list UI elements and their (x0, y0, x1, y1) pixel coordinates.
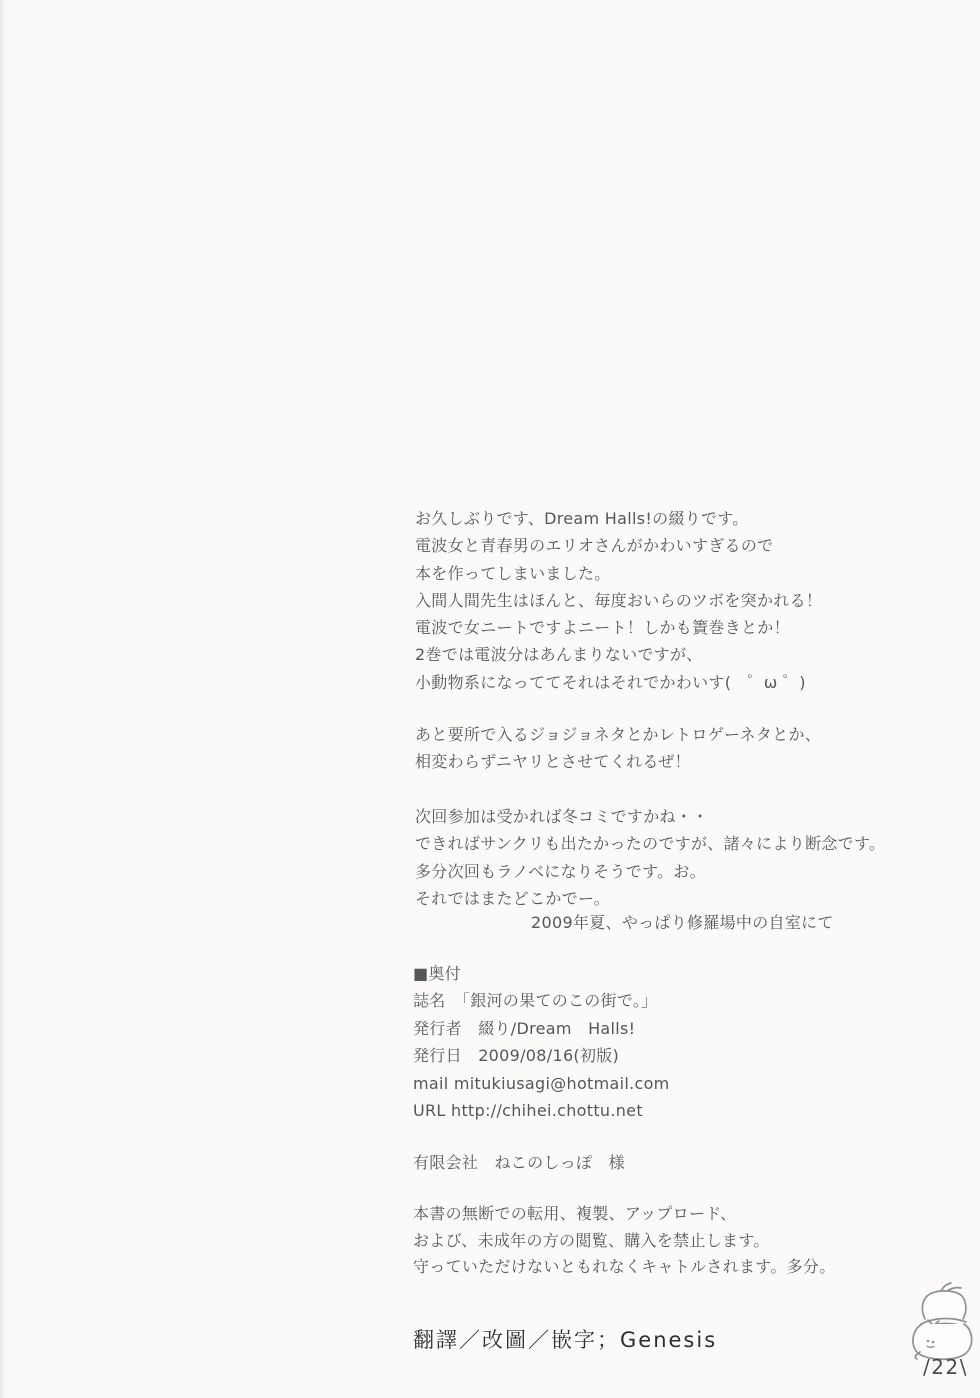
afterword-line: 多分次回もラノベになりそうです。お。 (415, 858, 885, 885)
afterword-line: 入間人間先生はほんと、毎度おいらのツボを突かれる！ (415, 587, 822, 614)
page-number: /22\ (923, 1355, 968, 1379)
translator-credit: 翻譯／改圖／嵌字；Genesis (413, 1324, 717, 1354)
colophon-heading: ■奥付 (413, 961, 461, 984)
prohibition-notice: 本書の無断での転用、複製、アップロード、 および、未成年の方の閲覧、購入を禁止し… (413, 1201, 836, 1281)
afterword-paragraph-2: あと要所で入るジョジョネタとかレトロゲーネタとか、 相変わらずニヤリとさせてくれ… (415, 721, 821, 776)
afterword-line: 小動物系になっててそれはそれでかわいす( ゜ω ゜) (415, 669, 822, 696)
afterword-line: 電波で女ニートですよニート！しかも簀巻きとか！ (415, 614, 822, 641)
wrapped-mochi-mascot-icon (901, 1281, 979, 1363)
afterword-line: それではまたどこかでー。 (415, 885, 885, 912)
afterword-line: 次回参加は受かれば冬コミですかね・・ (415, 803, 885, 830)
afterword-line: 相変わらずニヤリとさせてくれるぜ！ (415, 748, 821, 775)
afterword-signoff: 2009年夏、やっぱり修羅場中の自室にて (531, 910, 834, 933)
afterword-line: お久しぶりです、Dream Halls!の綴りです。 (415, 505, 822, 532)
afterword-line: 本を作ってしまいました。 (415, 560, 822, 587)
colophon-date-line: 発行日 2009/08/16(初版) (413, 1042, 670, 1070)
doujin-afterword-page: お久しぶりです、Dream Halls!の綴りです。 電波女と青春男のエリオさん… (0, 0, 980, 1398)
afterword-paragraph-1: お久しぶりです、Dream Halls!の綴りです。 電波女と青春男のエリオさん… (415, 505, 822, 696)
colophon-mail-line: mail mitukiusagi@hotmail.com (413, 1070, 670, 1098)
afterword-line: 2巻では電波分はあんまりないですが、 (415, 641, 822, 668)
afterword-paragraph-3: 次回参加は受かれば冬コミですかね・・ できればサンクリも出たかったのですが、諸々… (415, 803, 885, 912)
notice-line: 守っていただけないともれなくキャトルされます。多分。 (413, 1254, 836, 1281)
afterword-line: できればサンクリも出たかったのですが、諸々により断念です。 (415, 830, 885, 857)
colophon-details: 誌名 「銀河の果てのこの街で。」 発行者 綴り/Dream Halls! 発行日… (413, 987, 670, 1125)
afterword-line: あと要所で入るジョジョネタとかレトロゲーネタとか、 (415, 721, 821, 748)
colophon-title-line: 誌名 「銀河の果てのこの街で。」 (413, 987, 670, 1015)
colophon-url-line: URL http://chihei.chottu.net (413, 1097, 670, 1125)
colophon-publisher-line: 発行者 綴り/Dream Halls! (413, 1015, 670, 1043)
notice-line: 本書の無断での転用、複製、アップロード、 (413, 1201, 836, 1228)
colophon-printer-line: 有限会社 ねこのしっぽ 様 (413, 1150, 625, 1173)
notice-line: および、未成年の方の閲覧、購入を禁止します。 (413, 1228, 836, 1255)
afterword-line: 電波女と青春男のエリオさんがかわいすぎるので (415, 532, 822, 559)
